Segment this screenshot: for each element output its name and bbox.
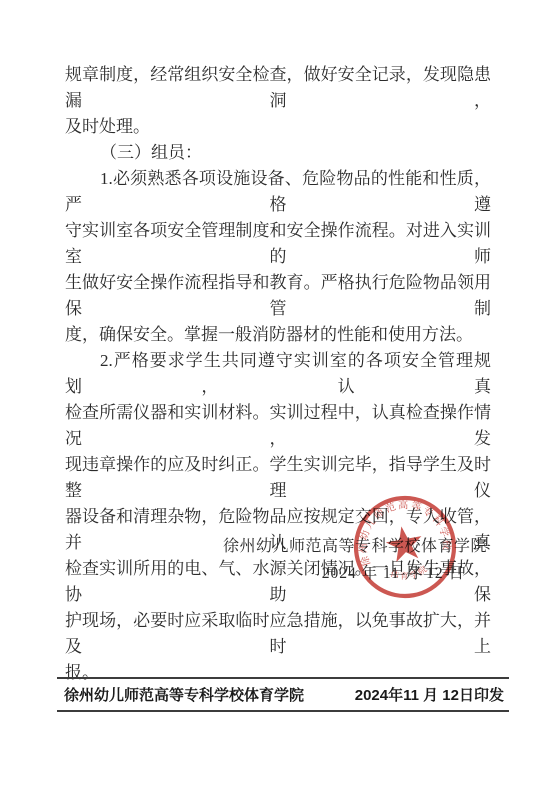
text-line: 2.严格要求学生共同遵守实训室的各项安全管理规划，认真 bbox=[65, 348, 491, 400]
star-icon bbox=[384, 523, 426, 563]
footer-bar: 徐州幼儿师范高等专科学校体育学院 2024年11 月 12日印发 bbox=[57, 677, 509, 712]
text-line: 守实训室各项安全管理制度和安全操作流程。对进入实训室的师 bbox=[65, 218, 491, 270]
text-line: 规章制度，经常组织安全检查，做好安全记录，发现隐患漏洞， bbox=[65, 62, 491, 114]
text-line: 检查所需仪器和实训材料。实训过程中，认真检查操作情况，发 bbox=[65, 400, 491, 452]
seal-bottom-arc-text: 体育学院 bbox=[388, 562, 432, 585]
document-page: 规章制度，经常组织安全检查，做好安全记录，发现隐患漏洞， 及时处理。 （三）组员… bbox=[0, 0, 554, 785]
text-line: 及时处理。 bbox=[65, 114, 491, 140]
footer-organization: 徐州幼儿师范高等专科学校体育学院 bbox=[64, 684, 304, 705]
text-line: 护现场，必要时应采取临时应急措施，以免事故扩大，并及时上 bbox=[65, 608, 491, 660]
footer-issue-date: 2024年11 月 12日印发 bbox=[355, 684, 504, 705]
text-line: 1.必须熟悉各项设施设备、危险物品的性能和性质，严格遵 bbox=[65, 166, 491, 218]
official-seal-stamp: 徐州幼儿师范高等专科学校 体育学院 bbox=[344, 486, 467, 609]
text-line: 度，确保安全。掌握一般消防器材的性能和使用方法。 bbox=[65, 322, 491, 348]
text-line: 生做好安全操作流程指导和教育。严格执行危险物品领用保管制 bbox=[65, 270, 491, 322]
section-heading: （三）组员： bbox=[65, 140, 491, 166]
